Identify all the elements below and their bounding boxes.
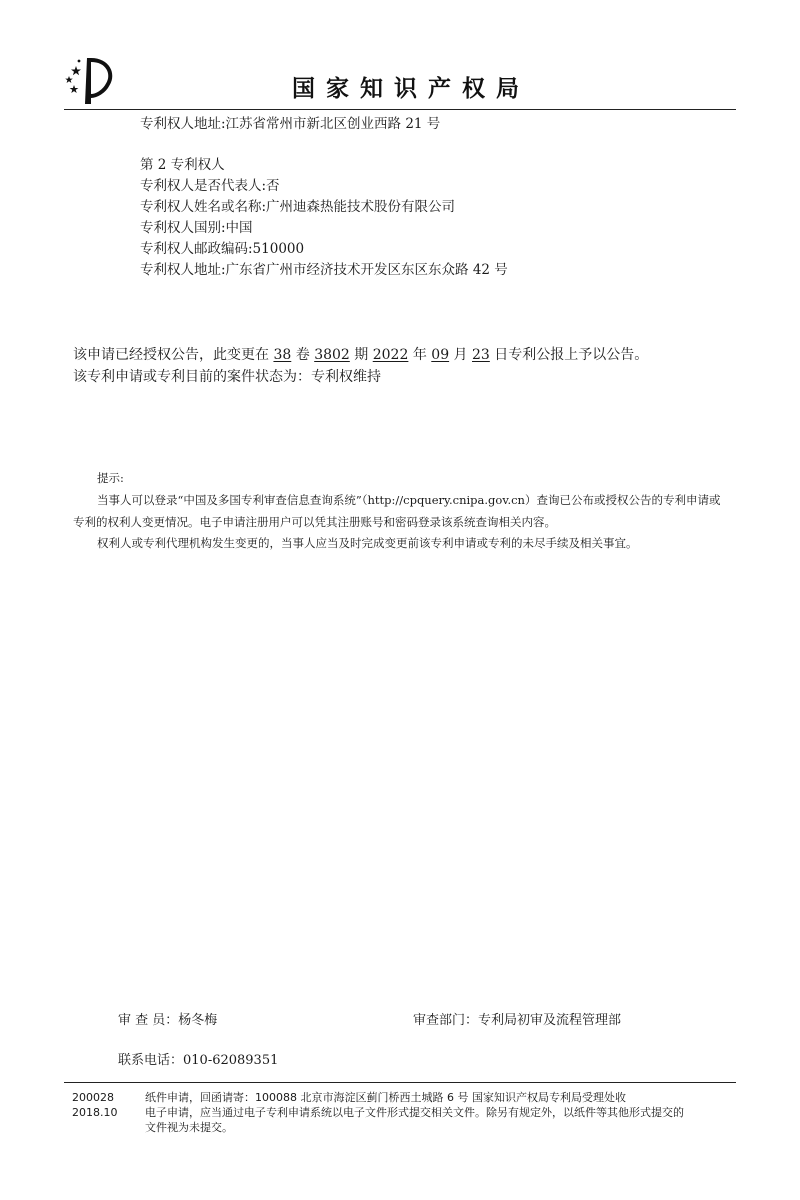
hint-paragraph-1-line-1: 当事人可以登录“中国及多国专利审查信息查询系统”（http://cpquery.… <box>97 492 720 508</box>
announcement-prefix: 该申请已经授权公告，此变更在 <box>73 347 273 363</box>
patentee-2-postal-code: 专利权人邮政编码:510000 <box>140 239 304 259</box>
hint-title: 提示: <box>97 470 124 486</box>
footer-electronic-submission: 电子申请，应当通过电子专利申请系统以电子文件形式提交相关文件。除另有规定外，以纸… <box>145 1105 684 1120</box>
hint-paragraph-1-line-2: 专利的权利人变更情况。电子申请注册用户可以凭其注册账号和密码登录该系统查询相关内… <box>73 514 556 530</box>
patentee-2-address: 专利权人地址:广东省广州市经济技术开发区东区东众路 42 号 <box>140 260 508 280</box>
examining-department: 审查部门：专利局初审及流程管理部 <box>413 1009 621 1028</box>
patentee-2-heading: 第 2 专利权人 <box>140 155 225 175</box>
announcement-day: 23 <box>472 347 490 363</box>
patentee-2-is-representative: 专利权人是否代表人:否 <box>140 176 280 196</box>
header-divider <box>64 109 736 110</box>
hint-paragraph-2: 权利人或专利代理机构发生变更的，当事人应当及时完成变更前该专利申请或专利的未尽手… <box>97 535 638 551</box>
announcement-suffix: 日专利公报上予以公告。 <box>490 347 648 363</box>
patentee-2-country: 专利权人国别:中国 <box>140 218 253 238</box>
case-status: 该专利申请或专利目前的案件状态为：专利权维持 <box>73 366 381 386</box>
footer-electronic-submission-cont: 文件视为未提交。 <box>145 1120 233 1135</box>
form-date: 2018.10 <box>72 1105 118 1120</box>
examiner: 审 查 员：杨冬梅 <box>118 1009 217 1028</box>
month-label: 月 <box>449 347 472 363</box>
form-code: 200028 <box>72 1090 114 1105</box>
contact-phone: 联系电话：010-62089351 <box>118 1049 278 1068</box>
footer-divider <box>64 1082 736 1083</box>
org-title: 国家知识产权局 <box>292 70 530 103</box>
footer-paper-submission: 纸件申请，回函请寄：100088 北京市海淀区蓟门桥西土城路 6 号 国家知识产… <box>145 1090 626 1105</box>
issue-label: 期 <box>350 347 373 363</box>
announcement-year: 2022 <box>373 347 409 363</box>
announcement-volume: 38 <box>273 347 291 363</box>
year-label: 年 <box>408 347 431 363</box>
patentee-1-address: 专利权人地址:江苏省常州市新北区创业西路 21 号 <box>140 114 440 134</box>
announcement-issue: 3802 <box>314 347 350 363</box>
volume-label: 卷 <box>291 347 314 363</box>
announcement-month: 09 <box>431 347 449 363</box>
cnipa-logo-icon <box>60 52 122 108</box>
announcement-line: 该申请已经授权公告，此变更在 38 卷 3802 期 2022 年 09 月 2… <box>73 344 648 364</box>
patentee-2-name: 专利权人姓名或名称:广州迪森热能技术股份有限公司 <box>140 197 455 217</box>
